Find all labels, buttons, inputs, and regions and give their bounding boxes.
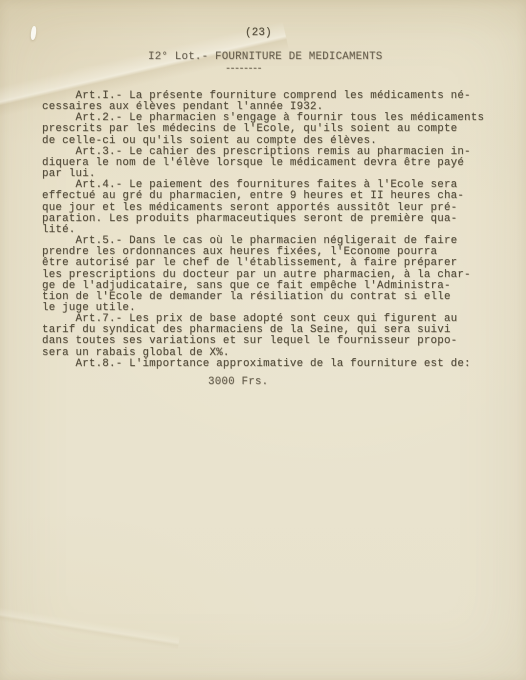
paper-chip-spot xyxy=(30,26,37,41)
document-body-text: Art.I.- La présente fourniture comprend … xyxy=(42,91,484,370)
document-title: I2° Lot.- FOURNITURE DE MEDICAMENTS xyxy=(148,51,382,63)
paper-crease-bottomleft xyxy=(0,604,180,649)
title-underline: -------- xyxy=(225,64,261,75)
amount-value: 3000 Frs. xyxy=(208,376,268,388)
scanned-document-page: (23) I2° Lot.- FOURNITURE DE MEDICAMENTS… xyxy=(0,0,526,680)
page-number: (23) xyxy=(245,27,272,39)
